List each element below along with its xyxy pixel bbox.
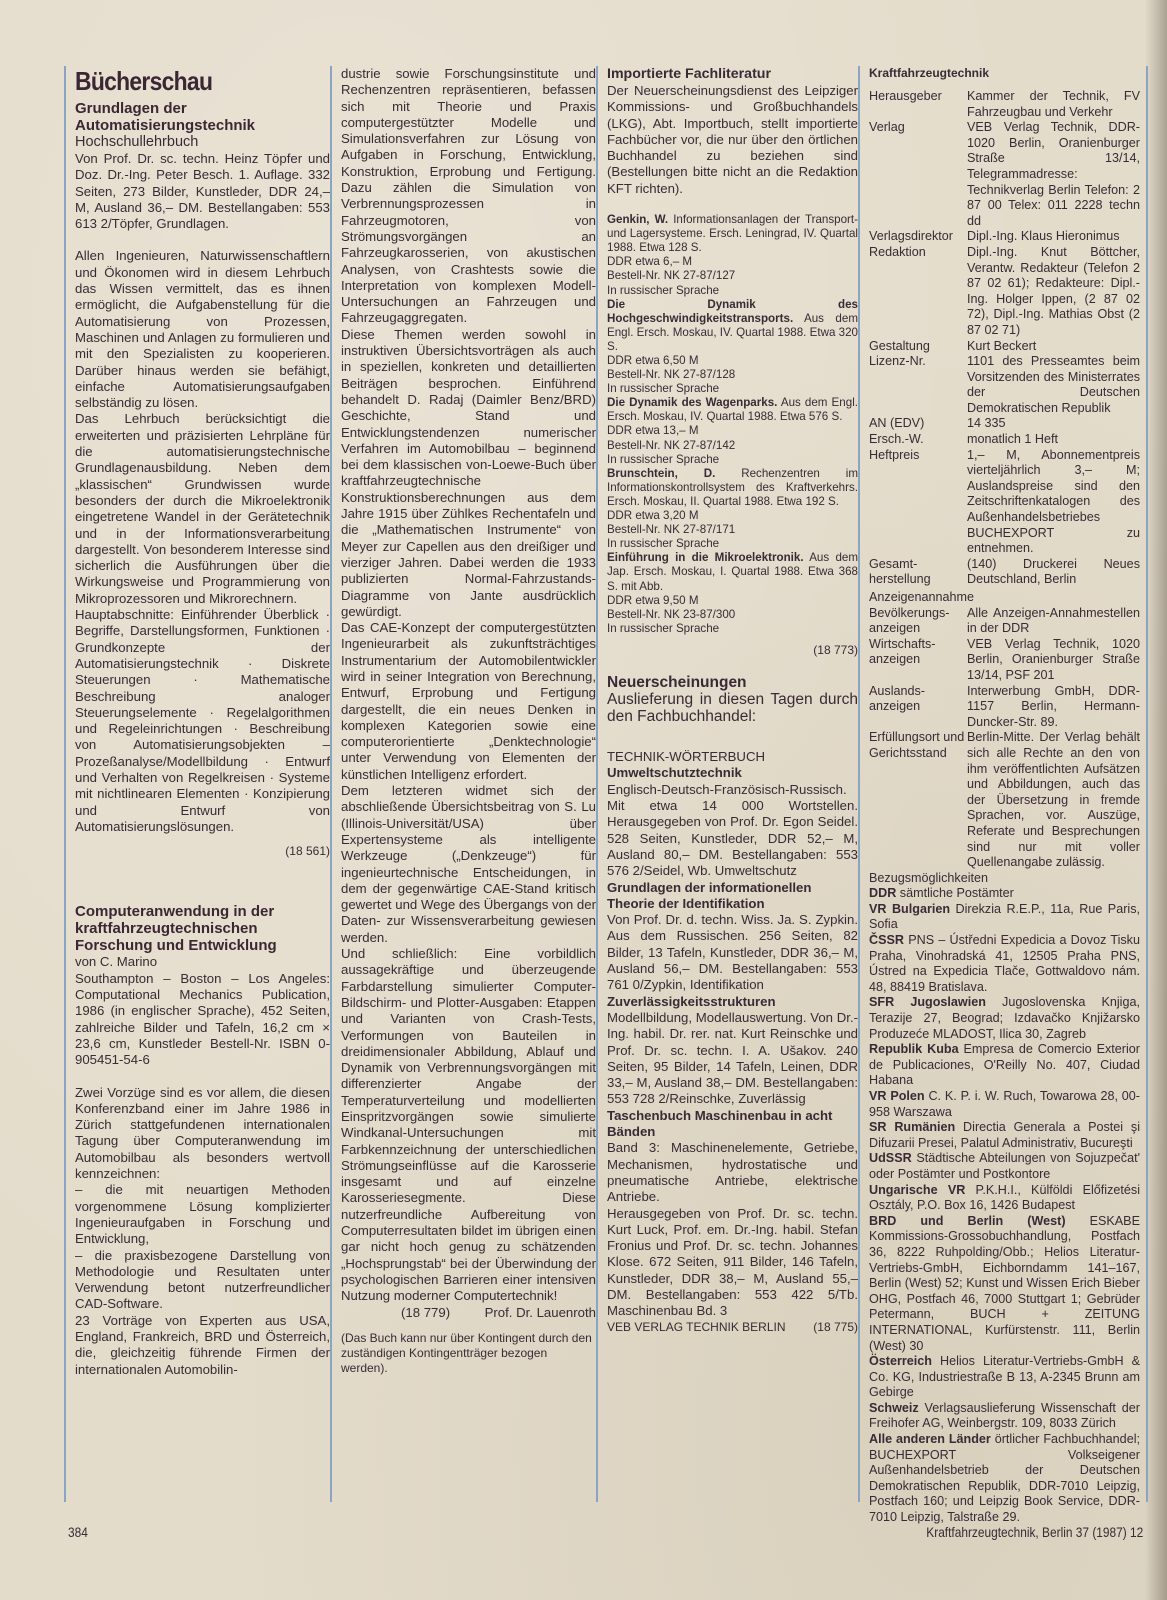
row-label: Redaktion	[869, 245, 967, 339]
source-entry: SR Rumänien Directia Generala a Postei ş…	[869, 1120, 1140, 1151]
entry-order-number: Bestell-Nr. NK 27-87/171	[607, 523, 858, 537]
source-text: PNS – Ústředni Expedicia a Dovoz Tisku P…	[869, 933, 1140, 994]
source-country: Schweiz	[869, 1401, 919, 1415]
source-country: SFR Jugoslawien	[869, 995, 986, 1009]
source-text: ESKABE Kommissions-Grossobuchhandlung, P…	[869, 1214, 1140, 1353]
row-label: Ersch.-W.	[869, 432, 967, 448]
reference-number: (18 773)	[607, 642, 858, 658]
impressum-row: AN (EDV)14 335	[869, 416, 1140, 432]
reviewer-name: Prof. Dr. Lauenroth	[485, 1305, 596, 1321]
review-paragraph: Dem letzteren widmet sich der abschließe…	[341, 783, 596, 946]
book-description: Von Prof. Dr. d. techn. Wiss. Ja. S. Zyp…	[607, 912, 858, 993]
sources-heading: Bezugsmöglichkeiten	[869, 871, 1140, 887]
entry-language: In russischer Sprache	[607, 453, 858, 467]
reference-number: (18 561)	[75, 843, 330, 859]
ads-row: Bevölkerungs-anzeigenAlle Anzeigen-Annah…	[869, 606, 1140, 637]
source-country: UdSSR	[869, 1151, 912, 1165]
review-paragraph: Und schließlich: Eine vorbildlich aussag…	[341, 946, 596, 1305]
new-releases-subtitle: Auslieferung in diesen Tagen durch den F…	[607, 691, 858, 725]
page-number: 384	[68, 1524, 88, 1540]
book-description: Band 3: Maschinenelemente, Getriebe, Mec…	[607, 1140, 858, 1205]
book-title: Taschenbuch Maschinenbau in acht Bänden	[607, 1108, 858, 1141]
source-country: Österreich	[869, 1354, 932, 1368]
book-author: von C. Marino	[75, 954, 330, 970]
page-edge-shadow	[1145, 0, 1167, 1600]
row-value: 1101 des Presseamtes beim Vorsitzenden d…	[967, 354, 1140, 416]
entry-order-number: Bestell-Nr. NK 23-87/300	[607, 608, 858, 622]
import-entry: Die Dynamik des Hochgeschwindigkeitstran…	[607, 298, 858, 397]
publisher-name: VEB VERLAG TECHNIK BERLIN	[607, 1320, 786, 1335]
book-title: Computeranwendung in der kraftfahrzeugte…	[75, 903, 330, 954]
row-value: 1,– M, Abonnementpreis vierteljährlich 3…	[967, 448, 1140, 557]
row-label: Bevölkerungs-anzeigen	[869, 606, 967, 637]
row-label: Erfüllungsort und Gerichtsstand	[869, 730, 967, 870]
column-3: Importierte Fachliteratur Der Neuerschei…	[596, 66, 858, 1502]
source-country: VR Bulgarien	[869, 902, 950, 916]
ads-row: Erfüllungsort und GerichtsstandBerlin-Mi…	[869, 730, 1140, 870]
book-title: Grundlagen der informationellen Theorie …	[607, 880, 858, 913]
review-paragraph: Zwei Vorzüge sind es vor allem, die dies…	[75, 1085, 330, 1183]
entry-price: DDR etwa 3,20 M	[607, 509, 858, 523]
review-paragraph: Das Lehrbuch berücksichtigt die erweiter…	[75, 411, 330, 607]
row-label: AN (EDV)	[869, 416, 967, 432]
column-1: Bücherschau Grundlagen der Automatisieru…	[64, 66, 330, 1502]
column-4-impressum: Kraftfahrzeugtechnik HerausgeberKammer d…	[858, 66, 1148, 1502]
review-point: – die mit neuartigen Methoden vorgenomme…	[75, 1182, 330, 1247]
source-country: DDR	[869, 886, 896, 900]
book-subtitle: Hochschullehrbuch	[75, 134, 330, 151]
impressum-row: Ersch.-W.monatlich 1 Heft	[869, 432, 1140, 448]
review-paragraph: Diese Themen werden sowohl in instruktiv…	[341, 327, 596, 620]
book-description: Englisch-Deutsch-Französisch-Russisch. M…	[607, 782, 858, 880]
impressum-row: Lizenz-Nr.1101 des Presseamtes beim Vors…	[869, 354, 1140, 416]
source-country: SR Rumänien	[869, 1120, 955, 1134]
entry-order-number: Bestell-Nr. NK 27-87/127	[607, 269, 858, 283]
entry-price: DDR etwa 6,– M	[607, 255, 858, 269]
impressum-row: GestaltungKurt Beckert	[869, 339, 1140, 355]
entry-price: DDR etwa 6,50 M	[607, 354, 858, 368]
review-paragraph: 23 Vorträge von Experten aus USA, Englan…	[75, 1313, 330, 1378]
new-releases-title: Neuerscheinungen	[607, 674, 858, 691]
book-title: Zuverlässigkeitsstrukturen	[607, 994, 858, 1010]
review-point: – die praxisbezogene Darstellung von Met…	[75, 1248, 330, 1313]
entry-price: DDR etwa 13,– M	[607, 424, 858, 438]
publisher-line: VEB VERLAG TECHNIK BERLIN (18 775)	[607, 1320, 858, 1335]
review-paragraph: dustrie sowie Forschungsinstitute und Re…	[341, 66, 596, 327]
row-label: Lizenz-Nr.	[869, 354, 967, 416]
source-text: sämtliche Postämter	[896, 886, 1014, 900]
row-label: Gestaltung	[869, 339, 967, 355]
impressum-row: Gesamt-herstellung(140) Druckerei Neues …	[869, 557, 1140, 588]
source-entry: Ungarische VR P.K.H.I., Külföldi Előfize…	[869, 1183, 1140, 1214]
column-2: dustrie sowie Forschungsinstitute und Re…	[330, 66, 596, 1502]
impressum-row: Heftpreis1,– M, Abonnementpreis viertelj…	[869, 448, 1140, 557]
entry-language: In russischer Sprache	[607, 622, 858, 636]
source-country: BRD und Berlin (West)	[869, 1214, 1066, 1228]
row-value: Kurt Beckert	[967, 339, 1140, 355]
journal-reference: Kraftfahrzeugtechnik, Berlin 37 (1987) 1…	[926, 1524, 1143, 1540]
ads-row: Auslands-anzeigenInterwerbung GmbH, DDR-…	[869, 684, 1140, 731]
import-intro: Der Neuerscheinungsdienst des Leipziger …	[607, 83, 858, 197]
row-value: VEB Verlag Technik, 1020 Berlin, Oranien…	[967, 637, 1140, 684]
row-label: Auslands-anzeigen	[869, 684, 967, 731]
row-label: Herausgeber	[869, 89, 967, 120]
row-value: (140) Druckerei Neues Deutschland, Berli…	[967, 557, 1140, 588]
source-entry: ČSSR PNS – Ústředni Expedicia a Dovoz Ti…	[869, 933, 1140, 995]
entry-title: Die Dynamik des Wagenparks.	[607, 396, 777, 409]
row-value: monatlich 1 Heft	[967, 432, 1140, 448]
entry-author: Genkin, W.	[607, 213, 668, 226]
source-entry: SFR Jugoslawien Jugoslovenska Knjiga, Te…	[869, 995, 1140, 1042]
row-label: Verlag	[869, 120, 967, 229]
review-signature: (18 779) Prof. Dr. Lauenroth	[341, 1305, 596, 1321]
impressum-title: Kraftfahrzeugtechnik	[869, 66, 1140, 81]
row-value: Berlin-Mitte. Der Verlag behält sich all…	[967, 730, 1140, 870]
source-entry: Schweiz Verlagsauslieferung Wissenschaft…	[869, 1401, 1140, 1432]
ads-row: Wirtschafts-anzeigenVEB Verlag Technik, …	[869, 637, 1140, 684]
source-entry: BRD und Berlin (West) ESKABE Kommissions…	[869, 1214, 1140, 1354]
row-label: Verlagsdirektor	[869, 229, 967, 245]
book-description: Modellbildung, Modellauswertung. Von Dr.…	[607, 1010, 858, 1108]
row-value: Dipl.-Ing. Klaus Hieronimus	[967, 229, 1140, 245]
row-label: Heftpreis	[869, 448, 967, 557]
book-title: Umweltschutztechnik	[607, 765, 858, 781]
source-entry: VR Bulgarien Direkzia R.E.P., 11a, Rue P…	[869, 902, 1140, 933]
availability-note: (Das Buch kann nur über Kontingent durch…	[341, 1331, 596, 1376]
row-value: VEB Verlag Technik, DDR-1020 Berlin, Ora…	[967, 120, 1140, 229]
source-country: ČSSR	[869, 933, 904, 947]
row-value: Kammer der Technik, FV Fahrzeugbau und V…	[967, 89, 1140, 120]
entry-title: Einführung in die Mikroelektronik.	[607, 551, 804, 564]
impressum-row: HerausgeberKammer der Technik, FV Fahrze…	[869, 89, 1140, 120]
import-section-title: Importierte Fachliteratur	[607, 66, 858, 83]
row-label: Wirtschafts-anzeigen	[869, 637, 967, 684]
import-entry: Brunschtein, D. Rechenzentren im Informa…	[607, 467, 858, 552]
row-label: Gesamt-herstellung	[869, 557, 967, 588]
review-computeranwendung: Computeranwendung in der kraftfahrzeugte…	[75, 903, 330, 1377]
entry-language: In russischer Sprache	[607, 284, 858, 298]
source-country: Alle anderen Länder	[869, 1432, 991, 1446]
entry-price: DDR etwa 9,50 M	[607, 594, 858, 608]
import-entry: Einführung in die Mikroelektronik. Aus d…	[607, 551, 858, 636]
review-paragraph: Das CAE-Konzept der computergestützten I…	[341, 620, 596, 783]
reference-number: (18 775)	[813, 1320, 858, 1335]
source-country: Ungarische VR	[869, 1183, 965, 1197]
row-value: Alle Anzeigen-Annahmestellen in der DDR	[967, 606, 1140, 637]
entry-language: In russischer Sprache	[607, 382, 858, 396]
review-paragraph: Hauptabschnitte: Einführender Überblick …	[75, 607, 330, 835]
source-country: Republik Kuba	[869, 1042, 959, 1056]
review-automatisierungstechnik: Grundlagen der Automatisierungstechnik H…	[75, 100, 330, 859]
book-biblio: Von Prof. Dr. sc. techn. Heinz Töpfer un…	[75, 151, 330, 232]
entry-language: In russischer Sprache	[607, 537, 858, 551]
book-title: Grundlagen der Automatisierungstechnik	[75, 100, 330, 134]
book-description: Herausgegeben von Prof. Dr. sc. techn. K…	[607, 1206, 858, 1320]
source-entry: UdSSR Städtische Abteilungen von Sojuzpe…	[869, 1151, 1140, 1182]
ads-heading: Anzeigenannahme	[869, 590, 1140, 606]
import-entry: Die Dynamik des Wagenparks. Aus dem Engl…	[607, 396, 858, 466]
entry-order-number: Bestell-Nr. NK 27-87/142	[607, 439, 858, 453]
entry-order-number: Bestell-Nr. NK 27-87/128	[607, 368, 858, 382]
entry-author: Brunschtein, D.	[607, 467, 715, 480]
reference-number: (18 779)	[401, 1305, 450, 1321]
import-entry: Genkin, W. Informationsanlagen der Trans…	[607, 213, 858, 298]
review-paragraph: Allen Ingenieuren, Naturwissenschaftlern…	[75, 248, 330, 411]
row-value: Dipl.-Ing. Knut Böttcher, Verantw. Redak…	[967, 245, 1140, 339]
source-entry: Österreich Helios Literatur-Vertriebs-Gm…	[869, 1354, 1140, 1401]
impressum-row: VerlagVEB Verlag Technik, DDR-1020 Berli…	[869, 120, 1140, 229]
series-label: TECHNIK-WÖRTERBUCH	[607, 749, 858, 765]
source-entry: DDR sämtliche Postämter	[869, 886, 1140, 902]
book-biblio: Southampton – Boston – Los Angeles: Comp…	[75, 971, 330, 1069]
impressum-rows: HerausgeberKammer der Technik, FV Fahrze…	[869, 89, 1140, 588]
row-value: 14 335	[967, 416, 1140, 432]
source-entry: Republik Kuba Empresa de Comercio Exteri…	[869, 1042, 1140, 1089]
row-value: Interwerbung GmbH, DDR-1157 Berlin, Herm…	[967, 684, 1140, 731]
section-title: Bücherschau	[75, 66, 299, 96]
source-country: VR Polen	[869, 1089, 925, 1103]
impressum-row: VerlagsdirektorDipl.-Ing. Klaus Hieronim…	[869, 229, 1140, 245]
source-entry: VR Polen C. K. P. i. W. Ruch, Towarowa 2…	[869, 1089, 1140, 1120]
impressum-row: RedaktionDipl.-Ing. Knut Böttcher, Veran…	[869, 245, 1140, 339]
source-entry: Alle anderen Länder örtlicher Fachbuchha…	[869, 1432, 1140, 1526]
